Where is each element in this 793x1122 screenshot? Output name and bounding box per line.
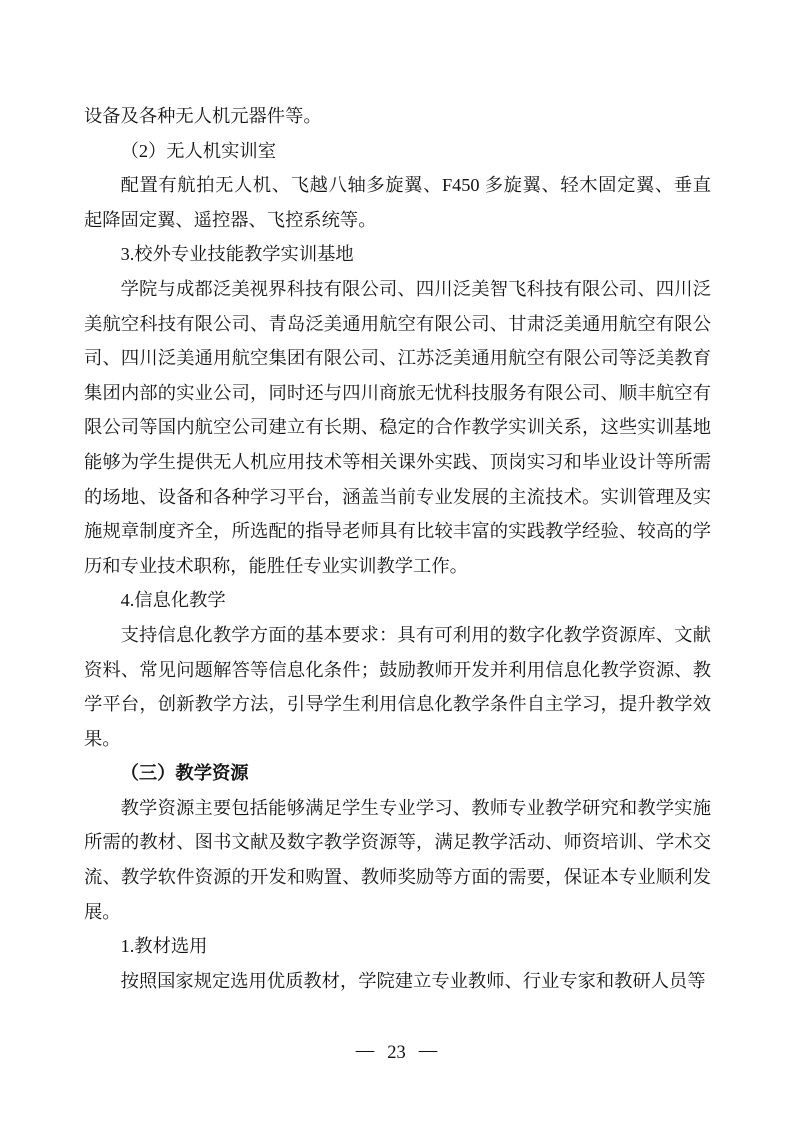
heading-textbook-selection: 1.教材选用	[84, 929, 711, 964]
heading-informatization-teaching: 4.信息化教学	[84, 583, 711, 618]
heading-uav-training-room: （2）无人机实训室	[84, 134, 711, 169]
heading-teaching-resources: （三）教学资源	[84, 756, 711, 791]
page-number: 23	[387, 1043, 406, 1063]
heading-offcampus-training-base: 3.校外专业技能教学实训基地	[84, 237, 711, 272]
footer-right-dash: —	[419, 1034, 438, 1069]
para-partner-companies: 学院与成都泛美视界科技有限公司、四川泛美智飞科技有限公司、四川泛美航空科技有限公…	[84, 272, 711, 583]
document-page: 设备及各种无人机元器件等。 （2）无人机实训室 配置有航拍无人机、飞越八轴多旋翼…	[0, 0, 793, 1122]
page-body-text: 设备及各种无人机元器件等。 （2）无人机实训室 配置有航拍无人机、飞越八轴多旋翼…	[84, 99, 711, 998]
para-equipment-continuation: 设备及各种无人机元器件等。	[84, 99, 711, 134]
footer-left-dash: —	[356, 1034, 375, 1069]
page-footer: —23—	[0, 1036, 793, 1071]
para-uav-equipment-list: 配置有航拍无人机、飞越八轴多旋翼、F450 多旋翼、轻木固定翼、垂直起降固定翼、…	[84, 168, 711, 237]
para-informatization-requirements: 支持信息化教学方面的基本要求：具有可利用的数字化教学资源库、文献资料、常见问题解…	[84, 618, 711, 756]
para-teaching-resources-overview: 教学资源主要包括能够满足学生专业学习、教师专业教学研究和教学实施所需的教材、图书…	[84, 791, 711, 929]
para-textbook-selection: 按照国家规定选用优质教材，学院建立专业教师、行业专家和教研人员等	[84, 964, 711, 999]
